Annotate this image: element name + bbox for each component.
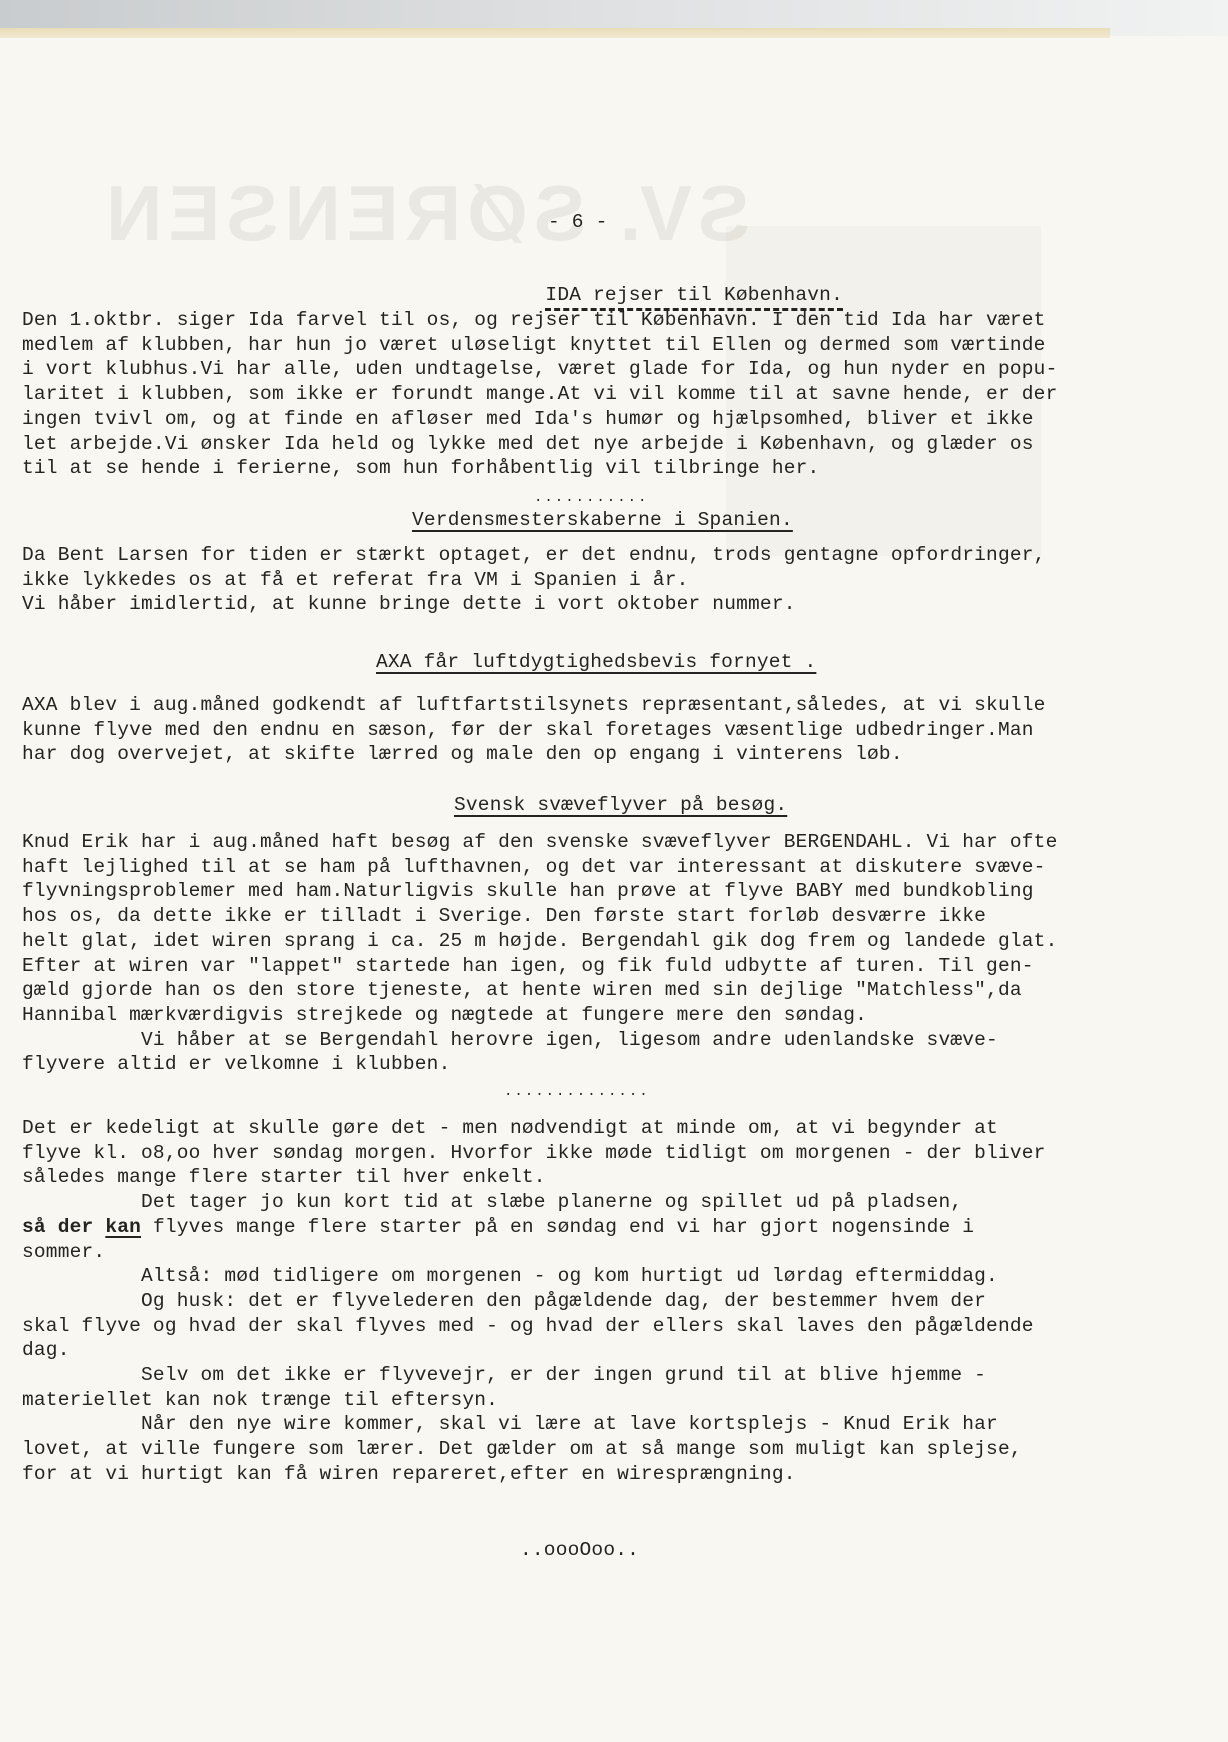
text-line: Knud Erik har i aug.måned haft besøg af … [22,830,1057,855]
text-line: materiellet kan nok trænge til eftersyn. [22,1388,498,1413]
text-line: dag. [22,1338,70,1363]
text-line: Selv om det ikke er flyvevejr, er der in… [22,1363,986,1388]
text-line: haft lejlighed til at se ham på lufthavn… [22,855,1046,880]
text-line: flyve kl. o8,oo hver søndag morgen. Hvor… [22,1141,1046,1166]
text-line: flyvningsproblemer med ham.Naturligvis s… [22,879,1034,904]
text-line: Det tager jo kun kort tid at slæbe plane… [22,1190,962,1215]
text-line: Da Bent Larsen for tiden er stærkt optag… [22,543,1046,568]
text-line: Vi håber at se Bergendahl herovre igen, … [22,1028,998,1053]
text-line: gæld gjorde han os den store tjeneste, a… [22,978,1022,1003]
text-line: Hannibal mærkværdigvis strejkede og nægt… [22,1003,867,1028]
text-line: Altså: mød tidligere om morgenen - og ko… [22,1264,998,1289]
text-line-emphasis: så der kan flyves mange flere starter på… [22,1215,974,1240]
heading-svensk: Svensk svæveflyver på besøg. [454,793,787,818]
text-line: sommer. [22,1240,105,1265]
text-line: Når den nye wire kommer, skal vi lære at… [22,1412,998,1437]
heading-ida-text: IDA rejser til København. [545,284,843,311]
text-line: laritet i klubben, som ikke er forundt m… [22,382,1057,407]
text-line: i vort klubhus.Vi har alle, uden undtage… [22,357,1057,382]
separator-dots: ........... [534,486,648,511]
bleed-through-text: SV. SØRENSEN [100,168,750,259]
text-line: således mange flere starter til hver enk… [22,1165,546,1190]
text-line: har dog overvejet, at skifte lærred og m… [22,742,903,767]
text-line: lovet, at ville fungere som lærer. Det g… [22,1437,1022,1462]
text-line: skal flyve og hvad der skal flyves med -… [22,1314,1034,1339]
text-run: flyves mange flere starter på en søndag … [141,1216,974,1238]
text-run: så der [22,1216,105,1238]
text-line: AXA blev i aug.måned godkendt af luftfar… [22,693,1046,718]
end-mark: ..oooOoo.. [520,1538,639,1563]
text-line: medlem af klubben, har hun jo været uløs… [22,333,1046,358]
document-page: SV. SØRENSEN - 6 - IDA rejser til Københ… [0,38,1228,1742]
heading-axa: AXA får luftdygtighedsbevis fornyet . [376,650,816,675]
text-line: Vi håber imidlertid, at kunne bringe det… [22,592,796,617]
text-line: til at se hende i ferierne, som hun forh… [22,456,819,481]
page-number: - 6 - [548,210,608,235]
text-line: Den 1.oktbr. siger Ida farvel til os, og… [22,308,1046,333]
text-line: ingen tvivl om, og at finde en afløser m… [22,407,1034,432]
text-line: helt glat, idet wiren sprang i ca. 25 m … [22,929,1057,954]
text-line: for at vi hurtigt kan få wiren repareret… [22,1462,796,1487]
text-line: ikke lykkedes os at få et referat fra VM… [22,568,689,593]
separator-dots: .............. [504,1080,650,1105]
text-line: kunne flyve med den endnu en sæson, før … [22,718,1034,743]
text-line: Efter at wiren var "lappet" startede han… [22,954,1034,979]
heading-vm: Verdensmesterskaberne i Spanien. [412,508,793,533]
emphasized-word: kan [105,1216,141,1238]
text-line: hos os, da dette ikke er tilladt i Sveri… [22,904,986,929]
text-line: flyvere altid er velkomne i klubben. [22,1052,450,1077]
text-line: Det er kedeligt at skulle gøre det - men… [22,1116,998,1141]
text-line: let arbejde.Vi ønsker Ida held og lykke … [22,432,1034,457]
text-line: Og husk: det er flyvelederen den pågælde… [22,1289,986,1314]
